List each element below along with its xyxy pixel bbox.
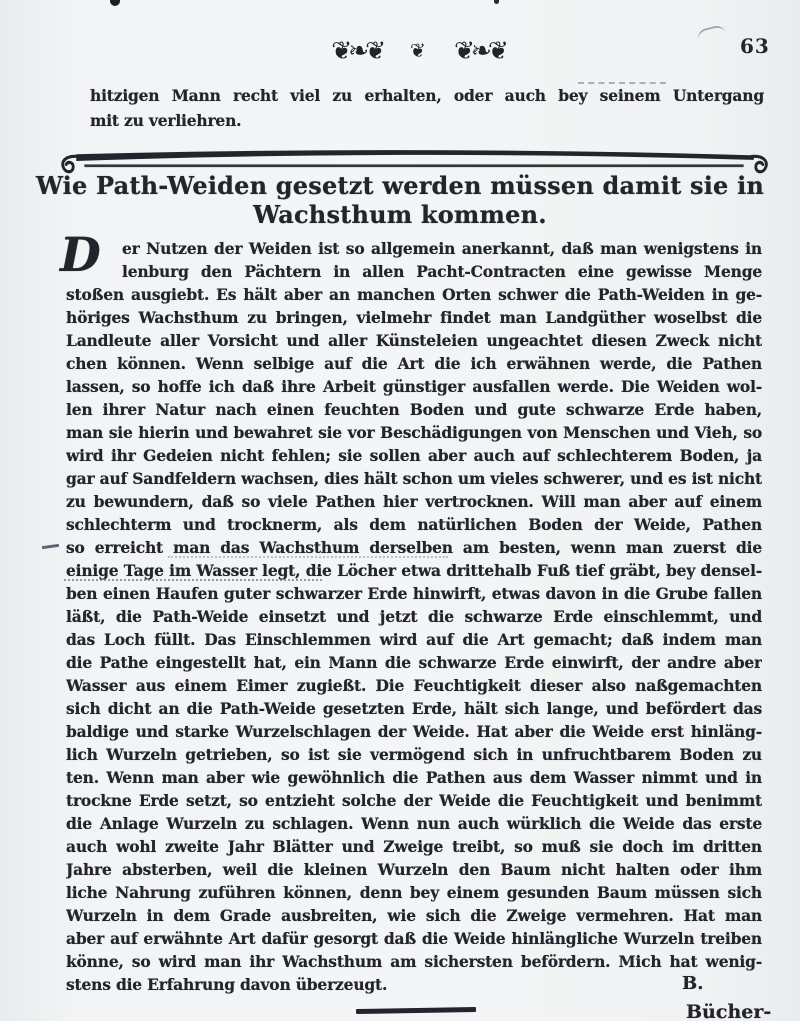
body-text-line: Wasser aus einem Eimer zugießt. Die Feuc… (66, 674, 762, 697)
body-text-line: lenburg den Pächtern in allen Pacht-Cont… (66, 260, 762, 283)
text-line: mit zu verliehren. (90, 108, 764, 133)
body-text-line: er Nutzen der Weiden ist so allgemein an… (66, 237, 762, 260)
scan-speck (494, 0, 499, 4)
author-signature: B. (682, 973, 703, 994)
body-text-line: höriges Wachsthum zu bringen, vielmehr f… (66, 306, 762, 329)
body-text-line: ten. Wenn man aber wie gewöhnlich die Pa… (66, 766, 762, 789)
body-text-line: man sie hierin und bewahret sie vor Besc… (66, 421, 762, 444)
fleuron-icon: ❦ (410, 40, 426, 62)
body-text-line: stens die Erfahrung davon überzeugt. (66, 973, 762, 996)
dropcap-initial: D (60, 228, 101, 283)
body-text-line: trockne Erde setzt, so entzieht solche d… (66, 789, 762, 812)
body-text-line: stoßen ausgiebt. Es hält aber an manchen… (66, 283, 762, 306)
fleuron-icon: ❦❧❦ (331, 36, 382, 65)
body-text-line: Landleute aller Vorsicht und aller Künst… (66, 329, 762, 352)
body-text-line: das Loch füllt. Das Einschlemmen wird au… (66, 628, 762, 651)
body-text-line: die Anlage Wurzeln zu schlagen. Wenn nun… (66, 812, 762, 835)
body-text-line: baldige und starke Wurzelschlagen der We… (66, 720, 762, 743)
body-text-line: liche Nahrung zuführen können, denn bey … (66, 881, 762, 904)
pen-underline-mark (168, 556, 448, 558)
body-text-line: lich Wurzeln getrieben, so ist sie vermö… (66, 743, 762, 766)
body-lines: er Nutzen der Weiden ist so allgemein an… (66, 237, 762, 996)
body-text-line: schlechterm und trocknerm, als dem natür… (66, 513, 762, 536)
body-text-line: chen können. Wenn selbige auf die Art di… (66, 352, 762, 375)
body-text-line: läßt, die Path-Weide einsetzt und jetzt … (66, 605, 762, 628)
section-heading: Wie Path-Weiden gesetzt werden müssen da… (0, 171, 800, 229)
body-text-line: zu bewundern, daß so viele Pathen hier v… (66, 490, 762, 513)
text-line: hitzigen Mann recht viel zu erhalten, od… (90, 83, 764, 108)
header-ornament-row: ❦❧❦ ❦ ❦❧❦ (18, 36, 800, 65)
heading-line: Wachsthum kommen. (0, 200, 800, 229)
body-text-line: len ihrer Natur nach einen feuchten Bode… (66, 398, 762, 421)
fleuron-icon: ❦❧❦ (454, 36, 505, 65)
body-text-line: wird ihr Gedeien nicht fehlen; sie solle… (66, 444, 762, 467)
body-text-line: sich dicht an die Path-Weide gesetzten E… (66, 697, 762, 720)
margin-dash-mark (42, 544, 59, 549)
body-text-line: die Pathe eingestellt hat, ein Mann die … (66, 651, 762, 674)
end-rule (356, 1007, 476, 1014)
body-text-line: auch wohl zweite Jahr Blätter und Zweige… (66, 835, 762, 858)
catchword: Bücher- (686, 1001, 771, 1021)
body-text-line: Wurzeln in dem Grade ausbreiten, wie sic… (66, 904, 762, 927)
carryover-paragraph: hitzigen Mann recht viel zu erhalten, od… (90, 83, 764, 133)
scan-speck (110, 0, 120, 6)
body-text-line: lassen, so hoffe ich daß ihre Arbeit gün… (66, 375, 762, 398)
article-body: D er Nutzen der Weiden ist so allgemein … (66, 237, 762, 996)
pen-underline-mark (578, 82, 666, 84)
scanned-page: 63 ❦❧❦ ❦ ❦❧❦ hitzigen Mann recht viel zu… (0, 0, 800, 1021)
body-text-line: gar auf Sandfeldern wachsen, dies hält s… (66, 467, 762, 490)
body-text-line: ben einen Haufen guter schwarzer Erde hi… (66, 582, 762, 605)
body-text-line: aber auf erwähnte Art dafür gesorgt daß … (66, 927, 762, 950)
body-text-line: Jahre absterben, weil die kleinen Wurzel… (66, 858, 762, 881)
body-text-line: könne, so wird man ihr Wachsthum am sich… (66, 950, 762, 973)
pen-underline-mark (64, 579, 322, 581)
heading-line: Wie Path-Weiden gesetzt werden müssen da… (0, 171, 800, 200)
